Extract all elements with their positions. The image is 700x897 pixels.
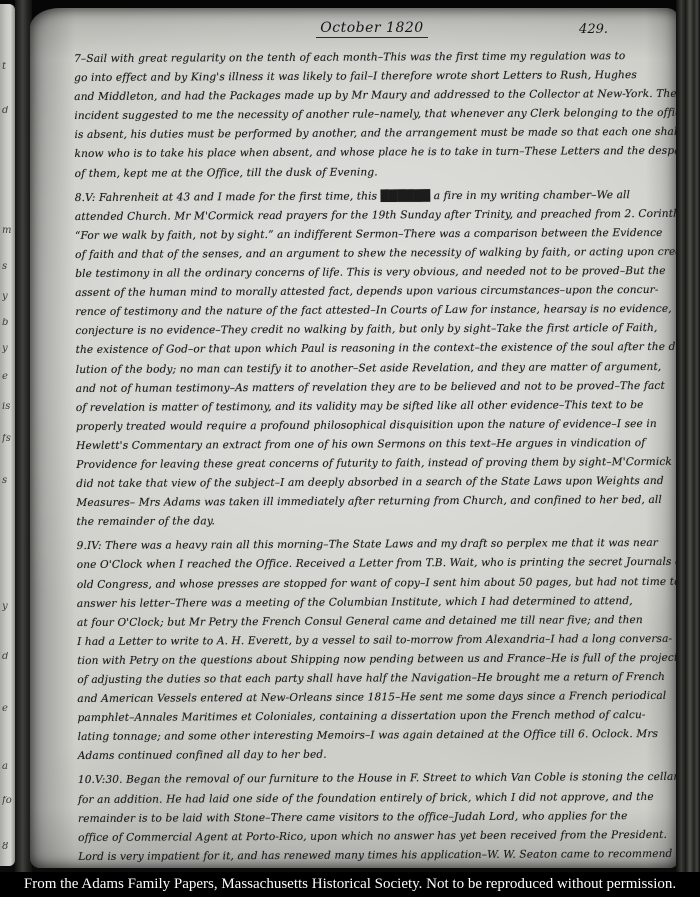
facing-page-text-fragment: d bbox=[2, 106, 14, 116]
facing-page-text-fragment: y bbox=[2, 292, 14, 302]
manuscript-line: for an addition. He had laid one side of… bbox=[78, 787, 674, 809]
page-heading-date-text: October 1820 bbox=[316, 20, 427, 38]
facing-page-text-fragment: e bbox=[2, 704, 14, 714]
diary-entry: 7–Sail with great regularity on the tent… bbox=[74, 47, 671, 184]
page-number: 429. bbox=[579, 22, 608, 37]
facing-page-edge: tdmsybyeisfssydeafo8 bbox=[0, 4, 15, 866]
credit-text: From the Adams Family Papers, Massachuse… bbox=[0, 872, 700, 896]
manuscript-line: know who is to take his place when absen… bbox=[74, 142, 670, 164]
manuscript-line: the existence of God–or that upon which … bbox=[76, 338, 672, 360]
facing-page-text-fragment: y bbox=[2, 602, 14, 612]
manuscript-line: the remainder of the day. bbox=[76, 510, 672, 532]
book-page-edges bbox=[676, 0, 700, 872]
facing-page-text-fragment: fo bbox=[2, 796, 14, 806]
facing-page-text-fragment: s bbox=[2, 262, 14, 272]
facing-page-text-fragment: fs bbox=[2, 434, 14, 444]
facing-page-text-fragment: is bbox=[2, 402, 14, 412]
facing-page-text-fragment: m bbox=[2, 226, 14, 236]
manuscript-line: one O'Clock when I reached the Office. R… bbox=[77, 553, 673, 575]
manuscript-line: 10.V:30. Began the removal of our furnit… bbox=[78, 768, 674, 790]
facing-page-text-fragment: t bbox=[2, 62, 14, 72]
manuscript-page: October 1820 429. 7–Sail with great regu… bbox=[30, 8, 678, 868]
manuscript-line: Adams continued confined all day to her … bbox=[78, 744, 674, 766]
manuscript-line: of them, kept me at the Office, till the… bbox=[75, 161, 671, 183]
page-header: October 1820 429. bbox=[74, 20, 670, 50]
manuscript-line: lution of the body; no man can testify i… bbox=[76, 357, 672, 379]
manuscript-line: lating tonnage; and some other interesti… bbox=[78, 725, 674, 747]
manuscript-line: Lord is very impatient for it, and has r… bbox=[78, 845, 674, 867]
facing-page-text-fragment: s bbox=[2, 476, 14, 486]
diary-entry: 9.IV: There was a heavy rain all this mo… bbox=[77, 534, 674, 766]
diary-entry: 8.V: Fahrenheit at 43 and I made for the… bbox=[75, 186, 673, 533]
manuscript-photo: tdmsybyeisfssydeafo8 October 1820 429. 7… bbox=[0, 0, 700, 897]
facing-page-text-fragment: y bbox=[2, 344, 14, 354]
manuscript-line: Measures– Mrs Adams was taken ill immedi… bbox=[76, 491, 672, 513]
facing-page-text-fragment: 8 bbox=[2, 842, 14, 852]
facing-page-text-fragment: b bbox=[2, 318, 14, 328]
facing-page-text-fragment: e bbox=[2, 372, 14, 382]
credit-bar: From the Adams Family Papers, Massachuse… bbox=[0, 872, 700, 897]
diary-entry: 10.V:30. Began the removal of our furnit… bbox=[78, 768, 674, 867]
manuscript-body: 7–Sail with great regularity on the tent… bbox=[74, 47, 674, 867]
facing-page-text-fragment: a bbox=[2, 762, 14, 772]
manuscript-line: old Congress, and whose presses are stop… bbox=[77, 572, 673, 594]
facing-page-text-fragment: d bbox=[2, 652, 14, 662]
